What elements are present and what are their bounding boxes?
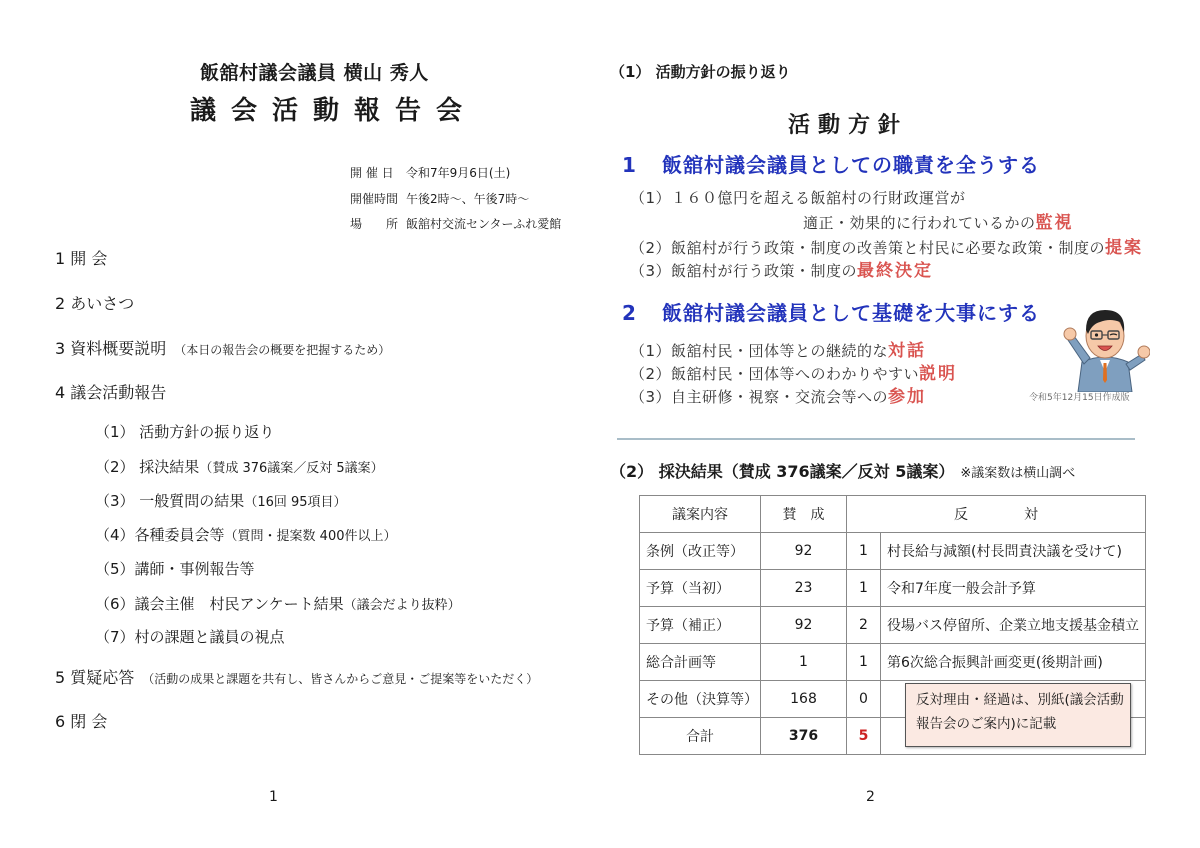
policy-heading-text: 飯舘村議会議員としての職責を全うする [662, 153, 1040, 177]
section-heading: （1） 活動方針の振り返り [610, 61, 791, 82]
cell-content: 予算（当初） [640, 570, 761, 607]
cell-total-label: 合計 [640, 718, 761, 755]
header-no: 反 対 [847, 496, 1146, 533]
page-number: 2 [866, 789, 875, 805]
cell-yes: 168 [761, 681, 847, 718]
cell-content: 予算（補正） [640, 607, 761, 644]
policy-item-text: （2）飯舘村民・団体等へのわかりやすい [630, 365, 919, 383]
section-heading-text: （2） 採決結果（賛成 376議案／反対 5議案） [610, 462, 954, 481]
cell-yes: 23 [761, 570, 847, 607]
cell-total-yes: 376 [761, 718, 847, 755]
sub-label: （6）議会主催 村民アンケート結果 [95, 595, 344, 613]
table-row: 予算（補正） 92 2 役場バス停留所、企業立地支援基金積立 [640, 607, 1146, 644]
policy-item-text: 適正・効果的に行われているかの [803, 214, 1036, 232]
cell-no-count: 0 [847, 681, 881, 718]
sub-note: （議会だより抜粋） [344, 598, 461, 613]
sub-item: （6）議会主催 村民アンケート結果（議会だより抜粋） [95, 593, 461, 614]
agenda-label: 6 閉 会 [55, 712, 107, 731]
agenda-label: 3 資料概要説明 [55, 339, 166, 358]
table-row: 予算（当初） 23 1 令和7年度一般会計予算 [640, 570, 1146, 607]
info-date: 開 催 日令和7年9月6日(土) [350, 164, 510, 181]
sub-label: （5）講師・事例報告等 [95, 560, 255, 578]
agenda-note: （活動の成果と課題を共有し、皆さんからご意見・ご提案等をいただく） [142, 672, 538, 686]
info-value: 令和7年9月6日(土) [406, 166, 510, 180]
cell-no-desc: 村長給与減額(村長問責決議を受けて) [881, 533, 1146, 570]
sub-item: （4）各種委員会等（質問・提案数 400件以上） [95, 524, 397, 545]
policy-item: （3）自主研修・視察・交流会等への参加 [630, 382, 926, 407]
policy-emphasis: 参加 [888, 387, 926, 407]
sub-label: （1） 活動方針の振り返り [95, 423, 274, 441]
divider [617, 438, 1135, 440]
policy-title: 活動方針 [788, 108, 908, 139]
sub-note: （質問・提案数 400件以上） [225, 529, 397, 544]
cell-no-count: 1 [847, 570, 881, 607]
policy-emphasis: 対話 [888, 341, 926, 361]
created-note: 令和5年12月15日作成版 [1029, 390, 1130, 403]
policy-item: （3）飯舘村が行う政策・制度の最終決定 [630, 256, 933, 281]
cell-yes: 1 [761, 644, 847, 681]
info-value: 飯舘村交流センターふれ愛館 [406, 217, 561, 231]
policy-item-text: （3）自主研修・視察・交流会等への [630, 388, 888, 406]
info-value: 午後2時～、午後7時～ [406, 192, 529, 206]
sub-item: （3） 一般質問の結果（16回 95項目） [95, 490, 347, 511]
cell-no-count: 2 [847, 607, 881, 644]
policy-item-text: （1）飯舘村民・団体等との継続的な [630, 342, 888, 360]
cell-yes: 92 [761, 533, 847, 570]
sub-item: （5）講師・事例報告等 [95, 558, 255, 579]
sub-label: （3） 一般質問の結果 [95, 492, 244, 510]
sub-item: （1） 活動方針の振り返り [95, 421, 274, 442]
cell-no-count: 1 [847, 644, 881, 681]
cell-no-desc: 役場バス停留所、企業立地支援基金積立 [881, 607, 1146, 644]
policy-emphasis: 監視 [1036, 213, 1074, 233]
sub-item: （2） 採決結果（賛成 376議案／反対 5議案） [95, 456, 384, 477]
agenda-item: 6 閉 会 [55, 709, 107, 732]
policy-num: 1 [622, 153, 662, 177]
sub-label: （7）村の課題と議員の視点 [95, 628, 285, 646]
author-subtitle: 飯舘村議会議員 横山 秀人 [200, 58, 429, 85]
sub-note: （賛成 376議案／反対 5議案） [199, 461, 383, 476]
agenda-item: 3 資料概要説明（本日の報告会の概要を把握するため） [55, 336, 390, 359]
table-row: 条例（改正等） 92 1 村長給与減額(村長問責決議を受けて) [640, 533, 1146, 570]
policy-item: （2）飯舘村民・団体等へのわかりやすい説明 [630, 359, 957, 384]
sub-item: （7）村の課題と議員の視点 [95, 626, 285, 647]
cell-yes: 92 [761, 607, 847, 644]
policy-item-text: （3）飯舘村が行う政策・制度の [630, 262, 857, 280]
agenda-note: （本日の報告会の概要を把握するため） [174, 343, 390, 357]
policy-item: （1）１６０億円を超える飯舘村の行財政運営が [630, 187, 966, 208]
agenda-item: 4 議会活動報告 [55, 380, 166, 403]
info-label: 開催時間 [350, 190, 406, 207]
agenda-label: 1 開 会 [55, 249, 107, 268]
policy-heading-2: 2飯舘村議会議員として基礎を大事にする [622, 297, 1040, 326]
agenda-item: 2 あいさつ [55, 291, 134, 314]
cell-total-no: 5 [847, 718, 881, 755]
table-header-row: 議案内容 賛 成 反 対 [640, 496, 1146, 533]
page-number: 1 [269, 789, 278, 805]
cell-content: 条例（改正等） [640, 533, 761, 570]
cell-content: その他（決算等） [640, 681, 761, 718]
header-content: 議案内容 [640, 496, 761, 533]
policy-emphasis: 説明 [919, 364, 957, 384]
agenda-label: 4 議会活動報告 [55, 383, 166, 402]
info-label: 場 所 [350, 215, 406, 232]
policy-num: 2 [622, 301, 662, 325]
sub-label: （4）各種委員会等 [95, 526, 225, 544]
cell-no-desc: 第6次総合振興計画変更(後期計画) [881, 644, 1146, 681]
policy-heading-1: 1飯舘村議会議員としての職責を全うする [622, 149, 1040, 178]
policy-heading-text: 飯舘村議会議員として基礎を大事にする [662, 301, 1040, 325]
callout-note: 反対理由・経過は、別紙(議会活動報告会のご案内)に記載 [905, 683, 1131, 747]
agenda-item: 1 開 会 [55, 246, 107, 269]
section-note: ※議案数は横山調べ [960, 466, 1075, 481]
cell-no-desc: 令和7年度一般会計予算 [881, 570, 1146, 607]
page-title: 議会活動報告会 [190, 90, 477, 127]
section-heading-votes: （2） 採決結果（賛成 376議案／反対 5議案）※議案数は横山調べ [610, 459, 1075, 482]
info-label: 開 催 日 [350, 164, 406, 181]
sub-label: （2） 採決結果 [95, 458, 199, 476]
policy-item-text: （2）飯舘村が行う政策・制度の改善策と村民に必要な政策・制度の [630, 239, 1105, 257]
agenda-label: 5 質疑応答 [55, 668, 134, 687]
policy-item: （1）飯舘村民・団体等との継続的な対話 [630, 336, 926, 361]
sub-note: （16回 95項目） [244, 495, 346, 510]
table-row: 総合計画等 1 1 第6次総合振興計画変更(後期計画) [640, 644, 1146, 681]
info-time: 開催時間午後2時～、午後7時～ [350, 190, 529, 207]
agenda-label: 2 あいさつ [55, 294, 134, 313]
cartoon-councilor-illustration [1060, 300, 1150, 392]
policy-emphasis: 提案 [1105, 238, 1143, 258]
policy-item-text: （1）１６０億円を超える飯舘村の行財政運営が [630, 189, 966, 207]
cell-content: 総合計画等 [640, 644, 761, 681]
policy-item: 適正・効果的に行われているかの監視 [803, 208, 1074, 233]
agenda-item: 5 質疑応答（活動の成果と課題を共有し、皆さんからご意見・ご提案等をいただく） [55, 665, 538, 688]
policy-emphasis: 最終決定 [857, 261, 933, 281]
info-place: 場 所飯舘村交流センターふれ愛館 [350, 215, 561, 232]
policy-item: （2）飯舘村が行う政策・制度の改善策と村民に必要な政策・制度の提案 [630, 233, 1143, 258]
header-yes: 賛 成 [761, 496, 847, 533]
cell-no-count: 1 [847, 533, 881, 570]
